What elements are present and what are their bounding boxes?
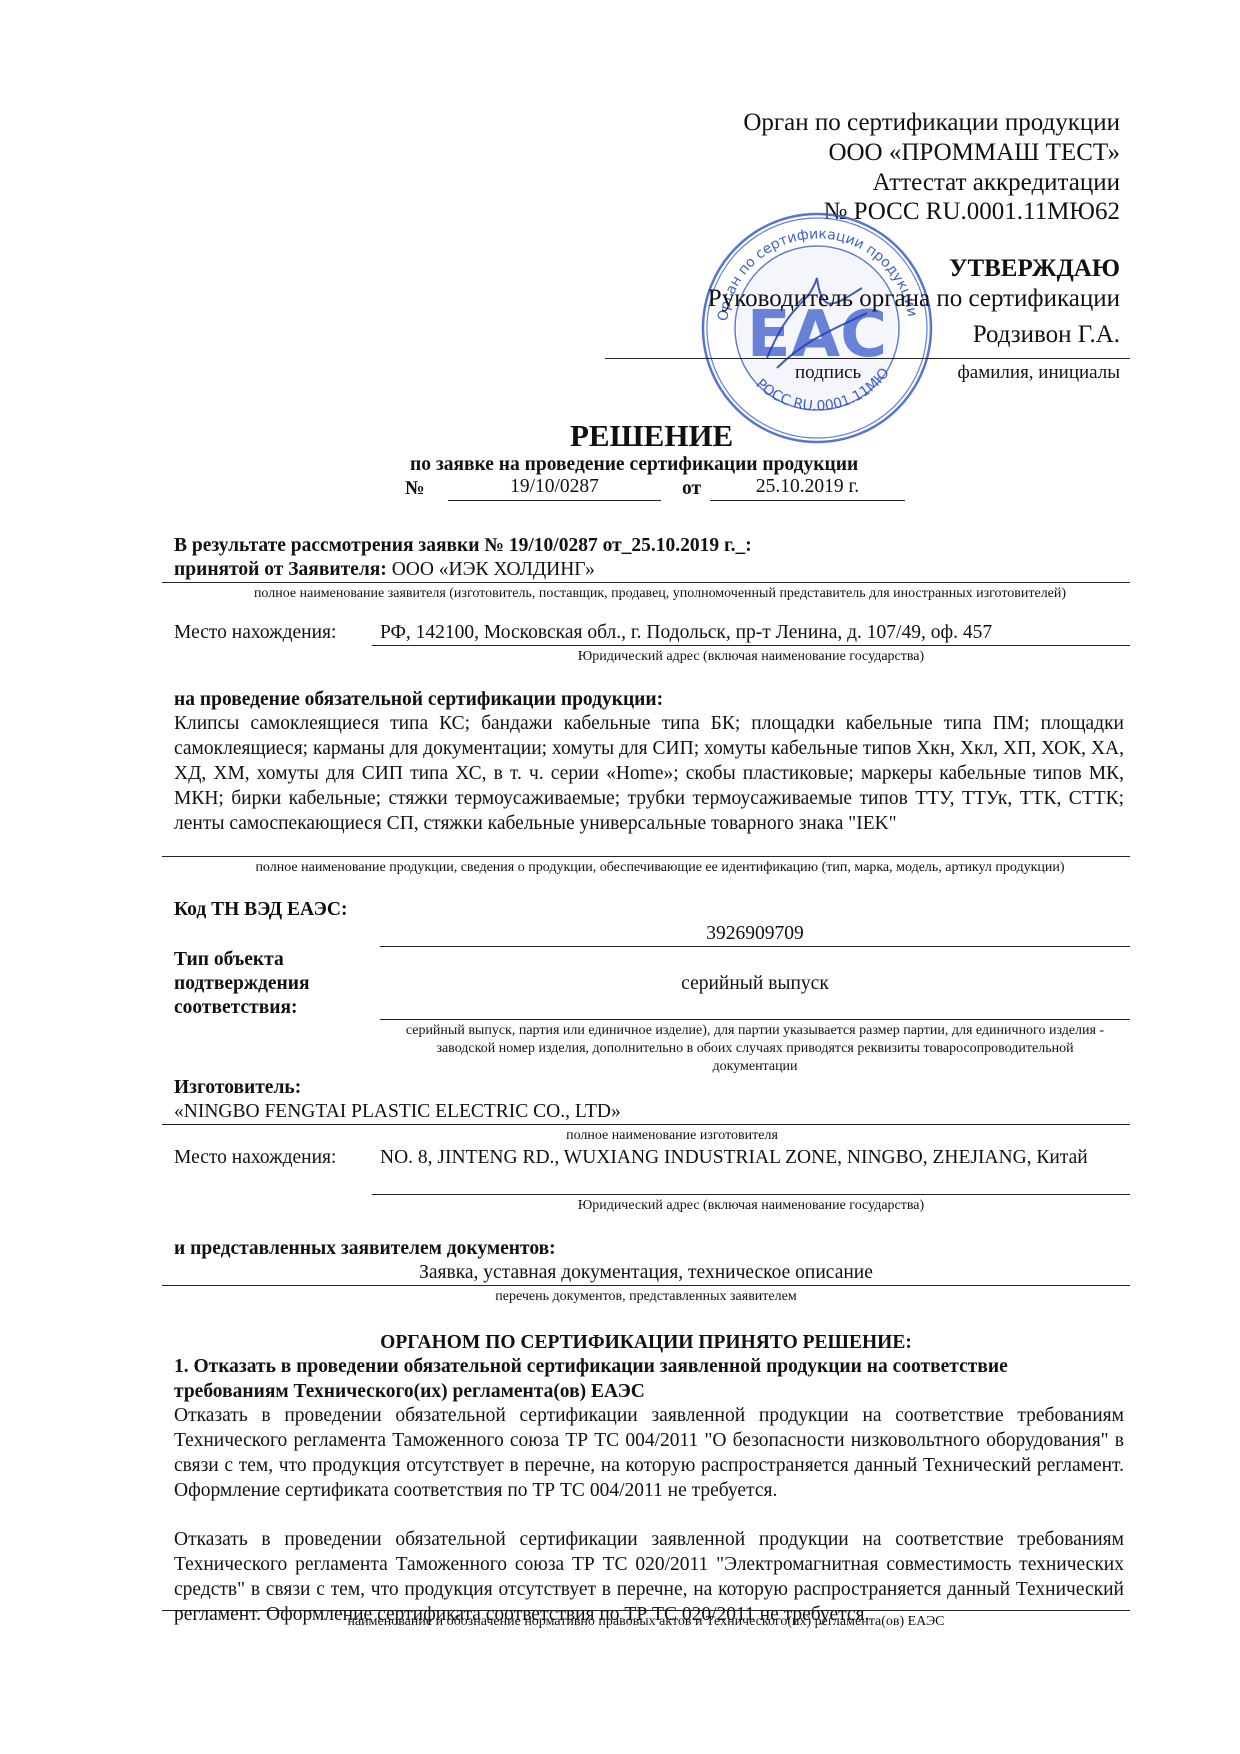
type-label-2: подтверждения bbox=[174, 971, 310, 996]
applicant-location-value: РФ, 142100, Московская обл., г. Подольск… bbox=[380, 620, 992, 645]
manufacturer-location-label: Место нахождения: bbox=[174, 1145, 336, 1170]
manufacturer-caption: полное наименование изготовителя bbox=[372, 1127, 972, 1145]
resolution-underline bbox=[162, 1610, 1130, 1611]
name-caption: фамилия, инициалы bbox=[957, 361, 1120, 385]
signature-caption: подпись bbox=[795, 361, 861, 385]
seal-stamp-icon: Орган по сертификации продукции ООО "ПРО… bbox=[697, 208, 937, 448]
decision-date: 25.10.2019 г. bbox=[710, 475, 905, 499]
applicant-location-caption: Юридический адрес (включая наименование … bbox=[372, 648, 1130, 666]
type-label-1: Тип объекта bbox=[174, 947, 284, 972]
applicant-caption: полное наименование заявителя (изготовит… bbox=[230, 585, 1090, 603]
accreditation-label: Аттестат аккредитации bbox=[872, 168, 1120, 198]
manufacturer-name: «NINGBO FENGTAI PLASTIC ELECTRIC CO., LT… bbox=[174, 1099, 621, 1124]
documents-value: Заявка, уставная документация, техническ… bbox=[162, 1260, 1130, 1285]
approval-title: УТВЕРЖДАЮ bbox=[949, 254, 1120, 284]
applicant-value: ООО «ИЭК ХОЛДИНГ» bbox=[392, 559, 595, 580]
decision-number: 19/10/0287 bbox=[448, 475, 661, 499]
approver-position: Руководитель органа по сертификации bbox=[708, 284, 1120, 314]
applicant-location-underline bbox=[372, 645, 1130, 646]
resolution-heading: ОРГАНОМ ПО СЕРТИФИКАЦИИ ПРИНЯТО РЕШЕНИЕ: bbox=[162, 1330, 1130, 1355]
type-underline bbox=[380, 1019, 1130, 1020]
approver-name: Родзивон Г.А. bbox=[973, 320, 1120, 350]
review-line: В результате рассмотрения заявки № 19/10… bbox=[174, 533, 752, 558]
applicant-label: принятой от Заявителя: bbox=[174, 559, 387, 580]
hs-code-underline bbox=[380, 946, 1130, 947]
manufacturer-location-value: NO. 8, JINTENG RD., WUXIANG INDUSTRIAL Z… bbox=[380, 1145, 1125, 1170]
resolution-paragraph2: Отказать в проведении обязательной серти… bbox=[174, 1527, 1124, 1627]
org-name-line2: ООО «ПРОММАШ ТЕСТ» bbox=[828, 138, 1120, 168]
product-underline bbox=[162, 856, 1130, 857]
number-underline bbox=[448, 500, 661, 501]
product-description: Клипсы самоклеящиеся типа КС; бандажи ка… bbox=[174, 711, 1124, 836]
org-name-line1: Орган по сертификации продукции bbox=[743, 108, 1120, 138]
manufacturer-location-caption: Юридический адрес (включая наименование … bbox=[372, 1197, 1130, 1215]
manufacturer-underline bbox=[162, 1124, 1130, 1125]
applicant-location-label: Место нахождения: bbox=[174, 620, 336, 645]
type-caption: серийный выпуск, партия или единичное из… bbox=[400, 1022, 1110, 1076]
hs-code-label: Код ТН ВЭД ЕАЭС: bbox=[174, 897, 347, 922]
documents-heading: и представленных заявителем документов: bbox=[174, 1236, 556, 1261]
type-label-3: соответствия: bbox=[174, 995, 298, 1020]
resolution-item1-title: 1. Отказать в проведении обязательной се… bbox=[174, 1354, 1124, 1404]
date-underline bbox=[710, 500, 905, 501]
date-label: от bbox=[682, 477, 701, 501]
resolution-paragraph1: Отказать в проведении обязательной серти… bbox=[174, 1403, 1124, 1503]
product-caption: полное наименование продукции, сведения … bbox=[230, 859, 1090, 877]
applicant-underline bbox=[162, 582, 1130, 583]
signature-line bbox=[605, 358, 1130, 359]
decision-title: РЕШЕНИЕ bbox=[570, 418, 733, 454]
product-heading: на проведение обязательной сертификации … bbox=[174, 687, 663, 712]
manufacturer-location-underline bbox=[372, 1194, 1130, 1195]
documents-caption: перечень документов, представленных заяв… bbox=[162, 1288, 1130, 1306]
hs-code-value: 3926909709 bbox=[380, 921, 1130, 946]
resolution-caption: наименование и обозначение нормативно пр… bbox=[162, 1613, 1130, 1631]
decision-subtitle: по заявке на проведение сертификации про… bbox=[410, 453, 858, 477]
number-label: № bbox=[405, 477, 425, 501]
manufacturer-label: Изготовитель: bbox=[174, 1075, 301, 1100]
documents-underline bbox=[162, 1285, 1130, 1286]
type-value: серийный выпуск bbox=[380, 971, 1130, 996]
